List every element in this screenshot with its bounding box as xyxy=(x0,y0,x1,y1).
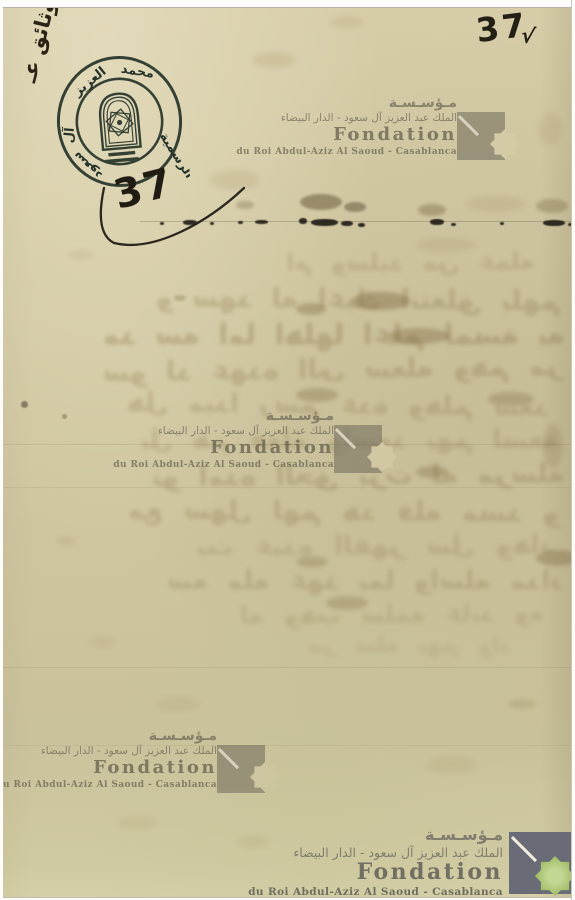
eight-point-star-icon xyxy=(535,856,575,896)
ink-blot xyxy=(358,223,365,227)
ink-blot xyxy=(451,223,456,226)
foundation-logo xyxy=(457,112,523,164)
eight-point-star-icon xyxy=(490,129,520,159)
logo-diagonal-pen-icon xyxy=(218,748,239,769)
eight-point-star-icon xyxy=(250,762,280,792)
document-page: ام وسلبد من عملهو سهد له اعبك انتعلق بله… xyxy=(0,0,575,900)
ink-blot xyxy=(341,221,353,226)
watermark-arabic-subtitle: الملك عبد العزيز آل سعود - الدار البيضاء xyxy=(293,845,503,860)
scan-border-right xyxy=(571,0,575,900)
watermark-text: مـؤسـسـة الملك عبد العزيز آل سعود - الدا… xyxy=(248,826,503,898)
scan-border-left xyxy=(0,0,3,900)
watermark-french-title: Fondation xyxy=(93,759,217,778)
watermark-bottom-left: مـؤسـسـة الملك عبد العزيز آل سعود - الدا… xyxy=(0,729,283,807)
ink-blot xyxy=(299,218,307,224)
watermark-arabic-title: مـؤسـسـة xyxy=(389,96,457,111)
eight-point-star-icon xyxy=(367,442,397,472)
watermark-french-title: Fondation xyxy=(333,126,457,145)
pen-flourish xyxy=(90,160,260,260)
ink-blot xyxy=(543,220,565,226)
watermark-middle: مـؤسـسـة الملك عبد العزيز آل سعود - الدا… xyxy=(100,409,400,487)
foundation-logo xyxy=(509,832,575,900)
ink-blot xyxy=(430,219,444,225)
logo-diagonal-pen-icon xyxy=(335,428,356,449)
stamp-bar xyxy=(108,153,135,155)
stamp-ring-text: آل xyxy=(61,126,78,144)
watermark-text: مـؤسـسـة الملك عبد العزيز آل سعود - الدا… xyxy=(236,96,457,157)
watermark-arabic-title: مـؤسـسـة xyxy=(266,409,334,424)
watermark-text: مـؤسـسـة الملك عبد العزيز آل سعود - الدا… xyxy=(0,729,217,790)
watermark-text: مـؤسـسـة الملك عبد العزيز آل سعود - الدا… xyxy=(113,409,334,470)
logo-diagonal-pen-icon xyxy=(511,836,537,862)
foundation-footer-mark: مـؤسـسـة الملك عبد العزيز آل سعود - الدا… xyxy=(235,826,575,900)
watermark-arabic-title: مـؤسـسـة xyxy=(149,729,217,744)
watermark-french-subtitle: du Roi Abdul-Aziz Al Saoud - Casablanca xyxy=(236,147,457,157)
watermark-arabic-title: مـؤسـسـة xyxy=(425,826,503,844)
watermark-french-subtitle: du Roi Abdul-Aziz Al Saoud - Casablanca xyxy=(248,886,503,898)
logo-diagonal-pen-icon xyxy=(458,115,479,136)
scan-border-top xyxy=(0,0,575,8)
ink-blot xyxy=(500,222,504,225)
foundation-logo xyxy=(217,745,283,797)
foundation-logo xyxy=(334,425,400,477)
ink-blot xyxy=(311,219,338,226)
watermark-french-title: Fondation xyxy=(210,439,334,458)
watermark-french-title: Fondation xyxy=(357,861,503,884)
watermark-french-subtitle: du Roi Abdul-Aziz Al Saoud - Casablanca xyxy=(0,780,217,790)
watermark-french-subtitle: du Roi Abdul-Aziz Al Saoud - Casablanca xyxy=(113,460,334,470)
watermark-top-right: مـؤسـسـة الملك عبد العزيز آل سعود - الدا… xyxy=(223,96,523,174)
